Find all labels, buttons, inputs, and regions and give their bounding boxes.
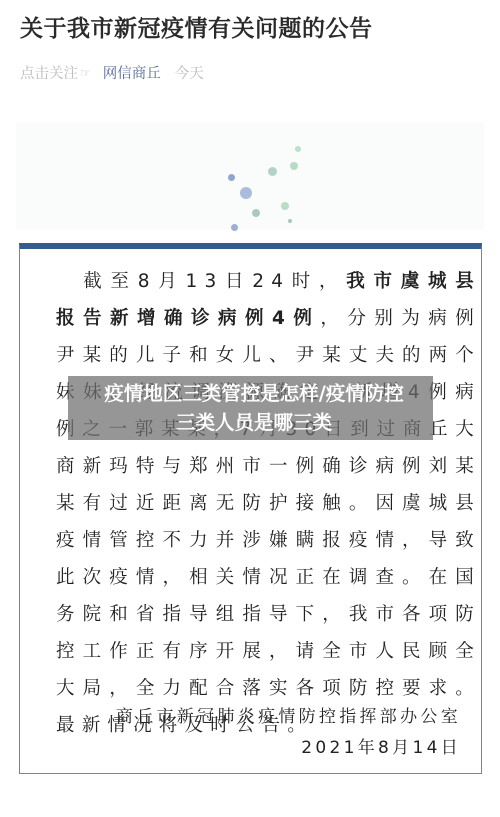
watermark-line-1: 疫情地区三类管控是怎样/疫情防控: [74, 379, 434, 408]
decor-dot: [228, 174, 235, 181]
notice-date: 2021年8月14日: [116, 733, 461, 764]
decor-dot: [295, 146, 301, 152]
article-meta: 点击关注 ☞ 网信商丘 今天: [20, 62, 204, 83]
decor-dot: [252, 209, 260, 217]
decor-dot: [240, 187, 252, 199]
notice-signature-block: 商丘市新冠肺炎疫情防控指挥部办公室 2021年8月14日: [116, 702, 461, 764]
decor-dot: [281, 202, 289, 210]
watermark-line-2: 三类人员是哪三类: [74, 408, 434, 437]
notice-card: 截至8月13日24时，我市虞城县报告新增确诊病例4例，分别为病例尹某的儿子和女儿…: [19, 243, 482, 774]
watermark-caption: 疫情地区三类管控是怎样/疫情防控 三类人员是哪三类: [74, 379, 434, 437]
notice-signature: 商丘市新冠肺炎疫情防控指挥部办公室: [116, 702, 461, 733]
account-name-link[interactable]: 网信商丘: [103, 62, 161, 83]
decor-dot: [288, 219, 292, 223]
publish-time: 今天: [175, 62, 204, 83]
pointing-hand-icon: ☞: [80, 66, 91, 80]
article-title: 关于我市新冠疫情有关问题的公告: [20, 10, 373, 43]
notice-detail: ，分别为病例尹某的儿子和女儿、尹某丈夫的两个妹妹。经流调溯源确定，新增4例病例之…: [56, 308, 481, 736]
notice-intro: 截至8月13日24时，: [82, 271, 347, 292]
decorative-banner-image: [16, 122, 484, 230]
decor-dot: [231, 224, 238, 231]
decor-dot: [290, 162, 298, 170]
decor-dot: [268, 167, 277, 176]
follow-link[interactable]: 点击关注: [20, 62, 78, 83]
notice-body: 截至8月13日24时，我市虞城县报告新增确诊病例4例，分别为病例尹某的儿子和女儿…: [56, 263, 481, 744]
article-page: 关于我市新冠疫情有关问题的公告 点击关注 ☞ 网信商丘 今天 截至8月13日24…: [0, 0, 500, 817]
